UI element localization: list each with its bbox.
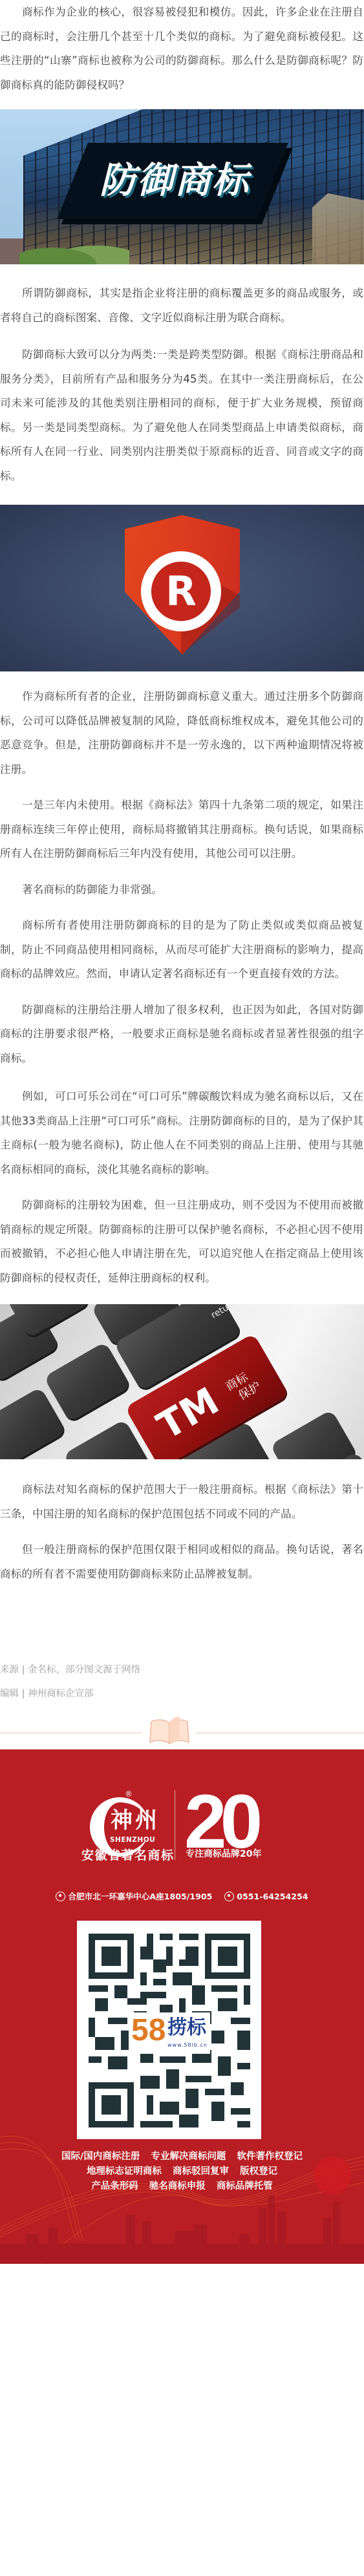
paragraph-scope: 商标法对知名商标的保护范围大于一般注册商标。根据《商标法》第十三条，中国注册的知… (0, 1477, 364, 1526)
paragraph-requirements: 防御商标的注册给注册人增加了很多权利，也正因为如此，各国对防御商标的注册要求很严… (0, 998, 364, 1071)
qr-brand-logo: 58 捞标 www.58lb.cn (129, 2012, 210, 2054)
building-reflection (312, 193, 364, 264)
service-item: 版权登记 (240, 2164, 277, 2179)
banner-title: 防御商标 (97, 158, 252, 204)
editor-line: 编辑 | 神州商标企宣部 (0, 1682, 364, 1706)
paragraph-definition: 所谓防御商标，其实是指企业将注册的商标覆盖更多的商品或服务，或者将自己的商标图案… (0, 281, 364, 330)
location-pin-icon (56, 1892, 65, 1901)
address: 合肥市北一环嘉华中心A座1805/1905 (68, 1892, 212, 1901)
divider-line-right (196, 1733, 364, 1733)
paragraph-intro: 商标作为企业的核心，很容易被侵犯和模仿。因此，许多企业在注册自己的商标时，会注册… (0, 0, 364, 97)
service-item: 产品条形码 (91, 2179, 138, 2194)
logo-brand-cn: 神州 (111, 1808, 160, 1833)
registered-icon: R (141, 551, 221, 631)
services-list: 国际/国内商标注册 专业解决商标问题 软件著作权登记 地理标志证明商标 商标驳回… (0, 2149, 364, 2194)
services-row: 国际/国内商标注册 专业解决商标问题 软件著作权登记 (0, 2149, 364, 2164)
paragraph-coca-cola: 例如，可口可乐公司在“可口可乐”牌碳酸饮料成为驰名商标以后，又在其他33类商品上… (0, 1084, 364, 1181)
qr-brand-url: www.58lb.cn (167, 2042, 208, 2048)
service-item: 商标品牌托管 (217, 2179, 273, 2194)
service-item: 驰名商标申报 (149, 2179, 206, 2194)
key (43, 1342, 131, 1422)
paragraph-three-years: 一是三年内未使用。根据《商标法》第四十九条第二项的规定，如果注册商标连续三年停止… (0, 793, 364, 866)
vertical-divider (175, 1790, 175, 1860)
logo-subtitle: 安徽省著名商标 (81, 1846, 175, 1863)
services-row: 地理标志证明商标 商标驳回复审 版权登记 (0, 2164, 364, 2179)
shield-image: R (0, 505, 364, 671)
qr-brand-text: 捞标 (167, 2016, 206, 2040)
paragraph-types: 防御商标大致可以分为两类:一类是跨类型防御。根据《商标注册商品和服务分类》，目前… (0, 343, 364, 488)
qr-code: 58 捞标 www.58lb.cn (77, 1921, 261, 2139)
anniversary-slogan: 专注商标品牌20年 (186, 1847, 261, 1860)
contact-line: 合肥市北一环嘉华中心A座1805/1905 0551-64254254 (0, 1890, 364, 1902)
registered-mark: ® (125, 1789, 133, 1799)
banner-image: 防御商标 (0, 109, 364, 264)
paragraph-purpose: 商标所有者使用注册防御商标的目的是为了防止类似或类似商品被复制，防止不同商品使用… (0, 913, 364, 986)
arrow-key (270, 1409, 357, 1459)
paragraph-significance: 作为商标所有者的企业，注册防御商标意义重大。通过注册多个防御商标，公司可以降低品… (0, 684, 364, 781)
source-line: 来源 | 金名标，部分图文源于网络 (0, 1658, 364, 1682)
paragraph-famous-strong: 著名商标的防御能力非常强。 (0, 878, 364, 902)
service-item: 地理标志证明商标 (87, 2164, 162, 2179)
article: 商标作为企业的核心，很容易被侵犯和模仿。因此，许多企业在注册自己的商标时，会注册… (0, 0, 364, 2290)
service-item: 商标驳回复审 (173, 2164, 229, 2179)
divider-line-left (0, 1733, 142, 1733)
logo-brand-en: SHENZHOU (110, 1836, 155, 1844)
footer-advertisement: ® 神州 SHENZHOU 安徽省著名商标 20 专注商标品牌20年 合肥市北一… (0, 1749, 364, 2264)
registered-letter: R (166, 571, 197, 611)
qr-brand-number: 58 (131, 2012, 166, 2049)
phone-number: 0551-64254254 (237, 1892, 308, 1901)
paragraph-difficulty: 防御商标的注册较为困难，但一旦注册成功，则不受因为不使用而被撤销商标的规定所限。… (0, 1193, 364, 1290)
trees (19, 235, 129, 264)
bottom-space (0, 2264, 364, 2290)
services-row: 产品条形码 驰名商标申报 商标品牌托管 (0, 2179, 364, 2194)
paragraph-conclusion: 但一般注册商标的保护范围仅限于相同或相似的商品。换句话说，著名商标的所有者不需要… (0, 1537, 364, 1586)
service-item: 软件著作权登记 (237, 2149, 303, 2164)
keyboard-image: return TM 商标 保护 (0, 1304, 364, 1459)
service-item: 国际/国内商标注册 (61, 2149, 140, 2164)
section-divider (0, 1713, 364, 1742)
service-item: 专业解决商标问题 (151, 2149, 226, 2164)
phone-icon (224, 1892, 234, 1901)
open-book-icon (149, 1716, 190, 1746)
